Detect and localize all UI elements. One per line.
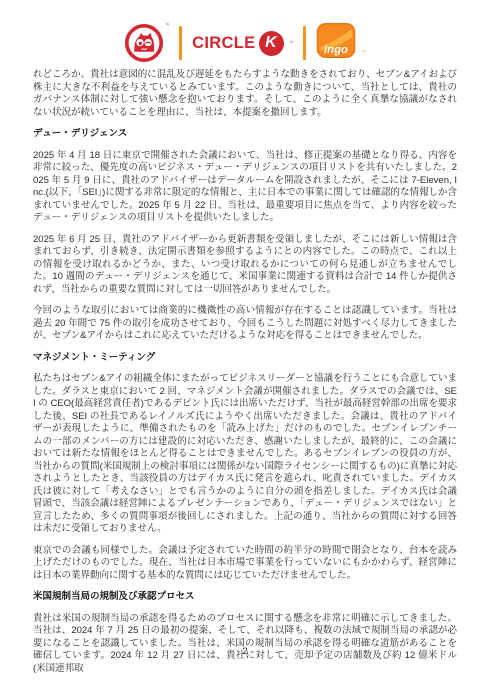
ingo-badge-icon: ingo (316, 22, 356, 59)
management-meeting-paragraph-2: 東京での会議も同様でした。会議は予定されていた時間の約半分の時間で閉会となり、台… (33, 545, 457, 583)
intro-paragraph: れどころか、貴社は意図的に混乱及び遅延をもたらすような動きをされており、セブン&… (33, 69, 457, 119)
management-meeting-paragraph-1: 私たちはセブン&アイの組織全体にまたがってビジネスリーダーと協議を行うことにも合… (33, 373, 457, 536)
owl-icon (124, 23, 164, 63)
due-diligence-paragraph-2: 2025 年 6 月 25 日、貴社のアドバイザーから更新書類を受領しましたが、… (33, 234, 457, 297)
circle-k-wordmark: CIRCLE (192, 34, 255, 53)
circle-k-letter: K (265, 34, 277, 52)
logo-divider (179, 26, 182, 60)
due-diligence-paragraph-3: 今回のような取引においては商業的に機微性の高い情報が存在することは認識しています… (33, 305, 457, 343)
us-regulatory-paragraph-1: 貴社は米国の規制当局の承認を得るためのプロセスに関する懸念を非常に明確に示してき… (33, 613, 457, 676)
ingo-logo: ingo ™ (316, 22, 365, 64)
page-number: 2 (0, 646, 490, 657)
couche-tard-owl-logo: ™ (124, 23, 169, 63)
ingo-wordmark: ingo (324, 44, 348, 56)
section-heading-us-regulatory: 米国規制当局の規制及び承認プロセス (33, 591, 457, 604)
trademark-symbol: ™ (362, 49, 366, 54)
letterhead-logo-row: ™ CIRCLE K ™ ingo ™ (33, 22, 457, 64)
logo-divider (303, 26, 306, 60)
trademark-symbol: ™ (289, 41, 293, 45)
circle-k-logo: CIRCLE K ™ (192, 31, 293, 56)
letter-body: れどころか、貴社は意図的に混乱及び遅延をもたらすような動きをされており、セブン&… (33, 69, 457, 675)
section-heading-due-diligence: デュー・デリジェンス (33, 128, 457, 141)
trademark-symbol: ™ (165, 23, 169, 27)
section-heading-management-meeting: マネジメント・ミーティング (33, 352, 457, 365)
document-page: ™ CIRCLE K ™ ingo ™ れどころか、貴社は意図的に混乱及び遅延を… (0, 0, 490, 695)
due-diligence-paragraph-1: 2025 年 4 月 18 日に東京で開催された会議において、当社は、修正提案の… (33, 150, 457, 225)
circle-k-ball-icon: K (259, 31, 284, 56)
